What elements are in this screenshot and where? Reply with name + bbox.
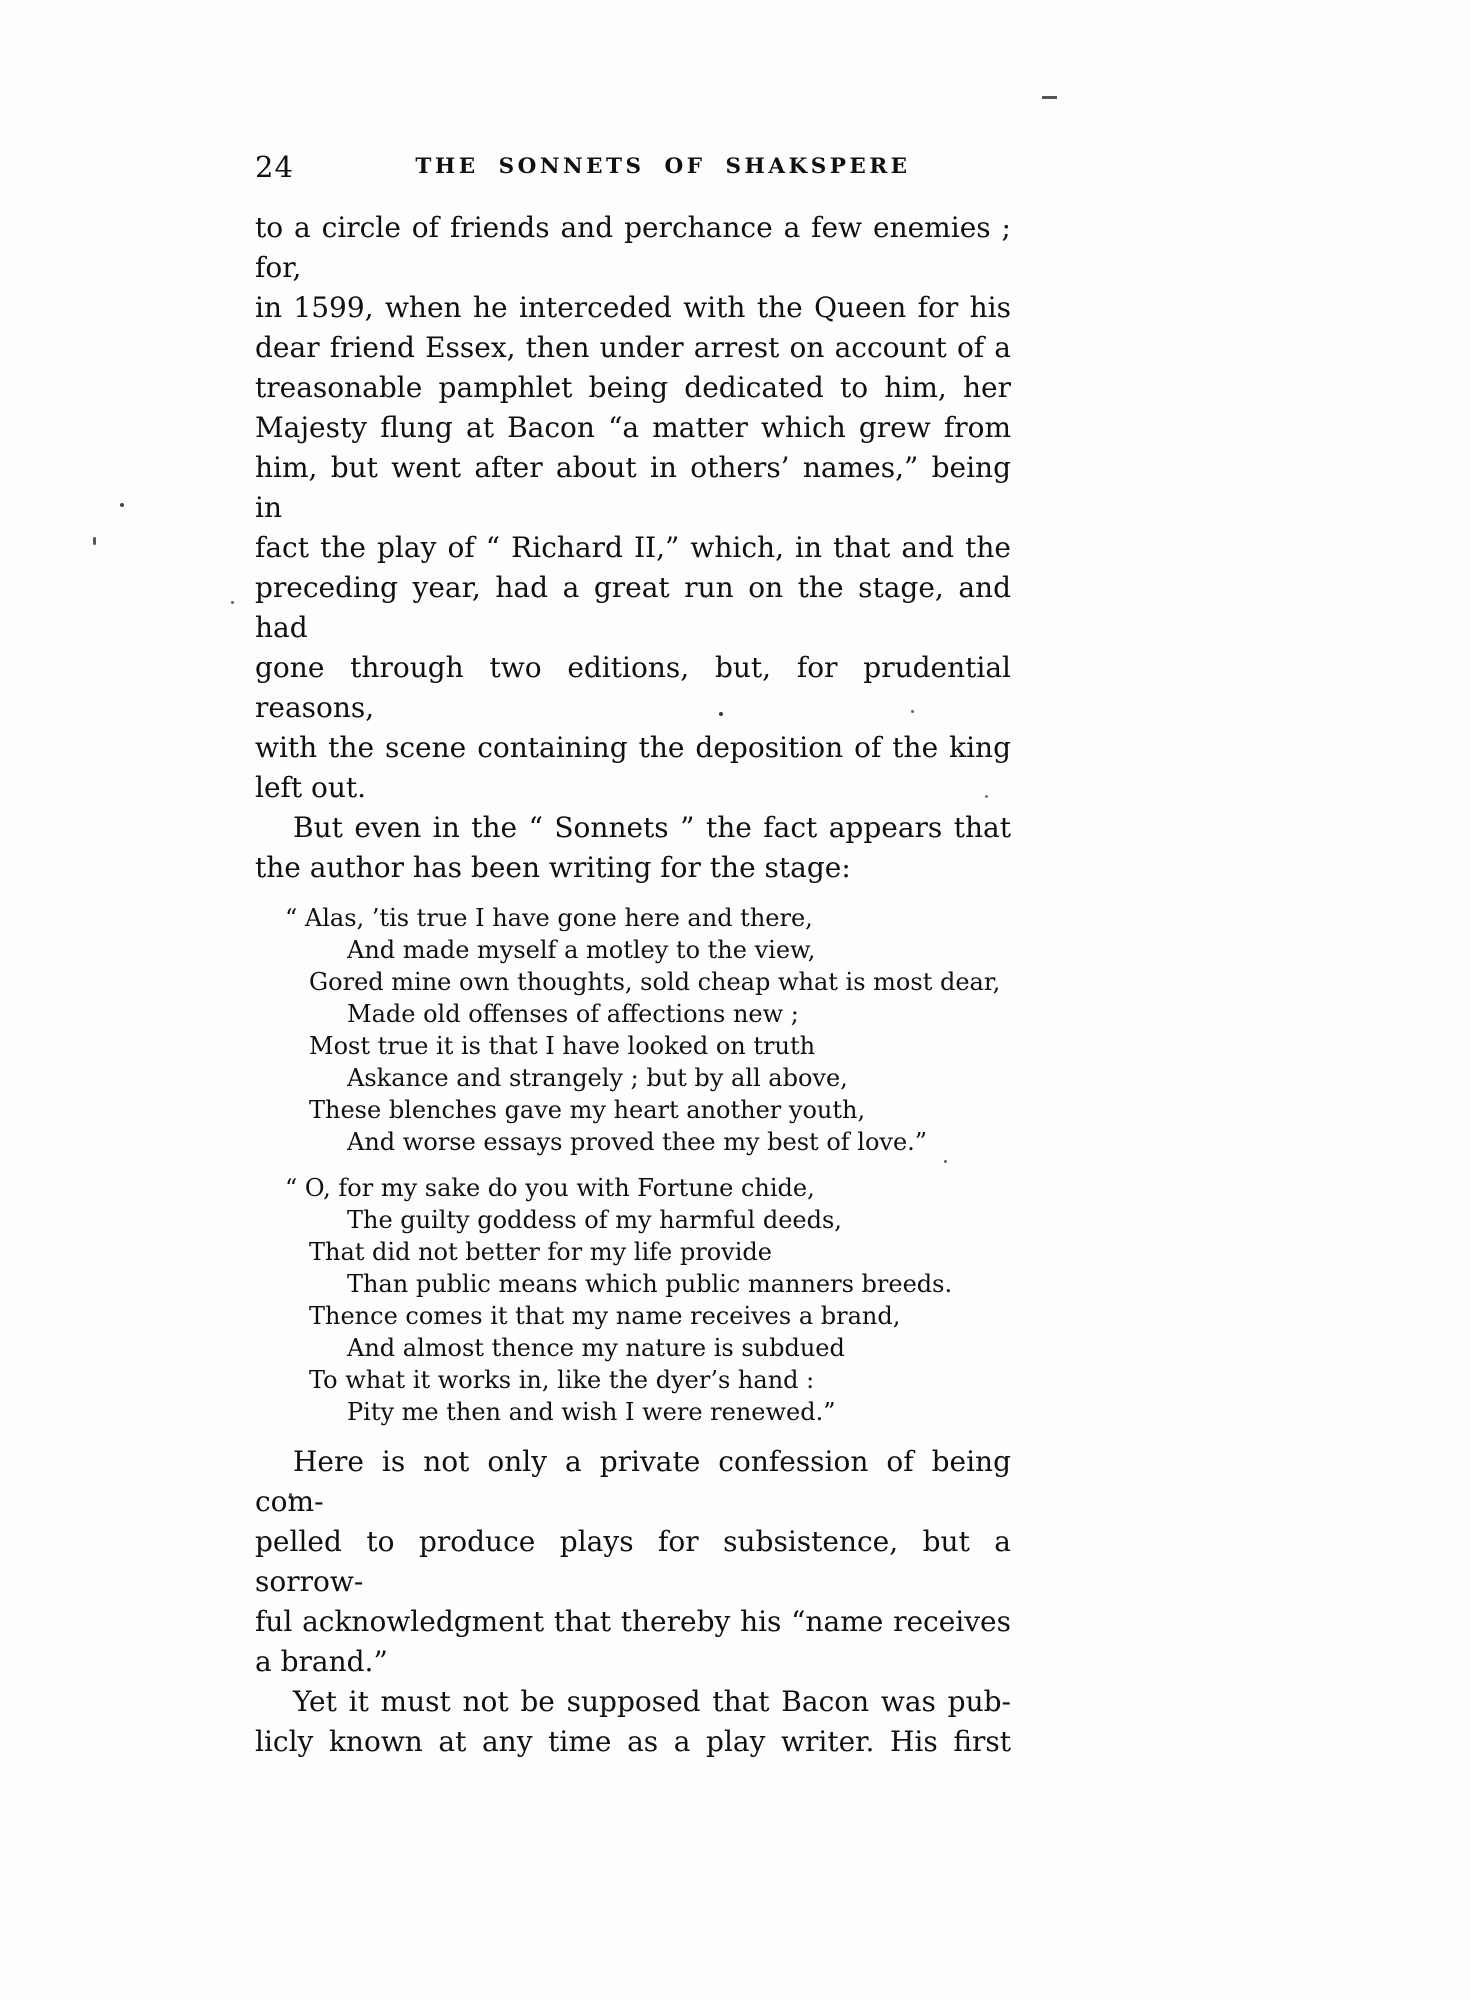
paragraph-block: Here is not only a private confession of… (255, 1442, 1011, 1682)
verse-block: “ O, for my sake do you with Fortune chi… (255, 1172, 1011, 1428)
scan-speck (93, 537, 96, 545)
text-line: Yet it must not be supposed that Bacon w… (255, 1682, 1011, 1722)
text-line: preceding year, had a great run on the s… (255, 568, 1011, 648)
verse-line: These blenches gave my heart another you… (309, 1094, 1011, 1126)
scan-artifact-dash (1042, 96, 1057, 99)
verse-line: Pity me then and wish I were renewed.” (347, 1396, 1011, 1428)
text-line: gone through two editions, but, for prud… (255, 648, 1011, 728)
text-line: pelled to produce plays for subsistence,… (255, 1522, 1011, 1602)
text-line: fact the play of “ Richard II,” which, i… (255, 528, 1011, 568)
verse-line: Most true it is that I have looked on tr… (309, 1030, 1011, 1062)
text-line: ful acknowledgment that thereby his “nam… (255, 1602, 1011, 1642)
text-line: Here is not only a private confession of… (255, 1442, 1011, 1522)
text-line: treasonable pamphlet being dedicated to … (255, 368, 1011, 408)
text-line: the author has been writing for the stag… (255, 848, 1011, 888)
paragraph-block: Yet it must not be supposed that Bacon w… (255, 1682, 1011, 1762)
scan-speck (120, 503, 124, 507)
text-line: But even in the “ Sonnets ” the fact app… (255, 808, 1011, 848)
verse-block: “ Alas, ’tis true I have gone here and t… (255, 902, 1011, 1158)
verse-line: Made old offenses of affections new ; (347, 998, 1011, 1030)
running-header: 24 THE SONNETS OF SHAKSPERE (255, 150, 1011, 186)
verse-line: And almost thence my nature is subdued (347, 1332, 1011, 1364)
verse-line: The guilty goddess of my harmful deeds, (347, 1204, 1011, 1236)
text-line: licly known at any time as a play writer… (255, 1722, 1011, 1762)
verse-line: And made myself a motley to the view, (347, 934, 1011, 966)
text-column: to a circle of friends and perchance a f… (255, 208, 1011, 1762)
book-page: 24 THE SONNETS OF SHAKSPERE to a circle … (0, 0, 1470, 2000)
verse-line: Thence comes it that my name receives a … (309, 1300, 1011, 1332)
scan-speck (231, 601, 234, 604)
text-line: in 1599, when he interceded with the Que… (255, 288, 1011, 328)
page-number: 24 (255, 150, 294, 184)
verse-line: And worse essays proved thee my best of … (347, 1126, 1011, 1158)
running-title: THE SONNETS OF SHAKSPERE (315, 154, 1011, 179)
verse-line: To what it works in, like the dyer’s han… (309, 1364, 1011, 1396)
text-line: Majesty flung at Bacon “a matter which g… (255, 408, 1011, 448)
paragraph-block: to a circle of friends and perchance a f… (255, 208, 1011, 808)
text-line: with the scene containing the deposition… (255, 728, 1011, 768)
verse-line: “ O, for my sake do you with Fortune chi… (285, 1172, 1011, 1204)
text-line: him, but went after about in others’ nam… (255, 448, 1011, 528)
text-line: a brand.” (255, 1642, 1011, 1682)
verse-line: That did not better for my life provide (309, 1236, 1011, 1268)
verse-line: “ Alas, ’tis true I have gone here and t… (285, 902, 1011, 934)
text-line: to a circle of friends and perchance a f… (255, 208, 1011, 288)
verse-line: Than public means which public manners b… (347, 1268, 1011, 1300)
verse-line: Gored mine own thoughts, sold cheap what… (309, 966, 1011, 998)
text-line: dear friend Essex, then under arrest on … (255, 328, 1011, 368)
verse-line: Askance and strangely ; but by all above… (347, 1062, 1011, 1094)
text-line: left out. (255, 768, 1011, 808)
paragraph-block: But even in the “ Sonnets ” the fact app… (255, 808, 1011, 888)
